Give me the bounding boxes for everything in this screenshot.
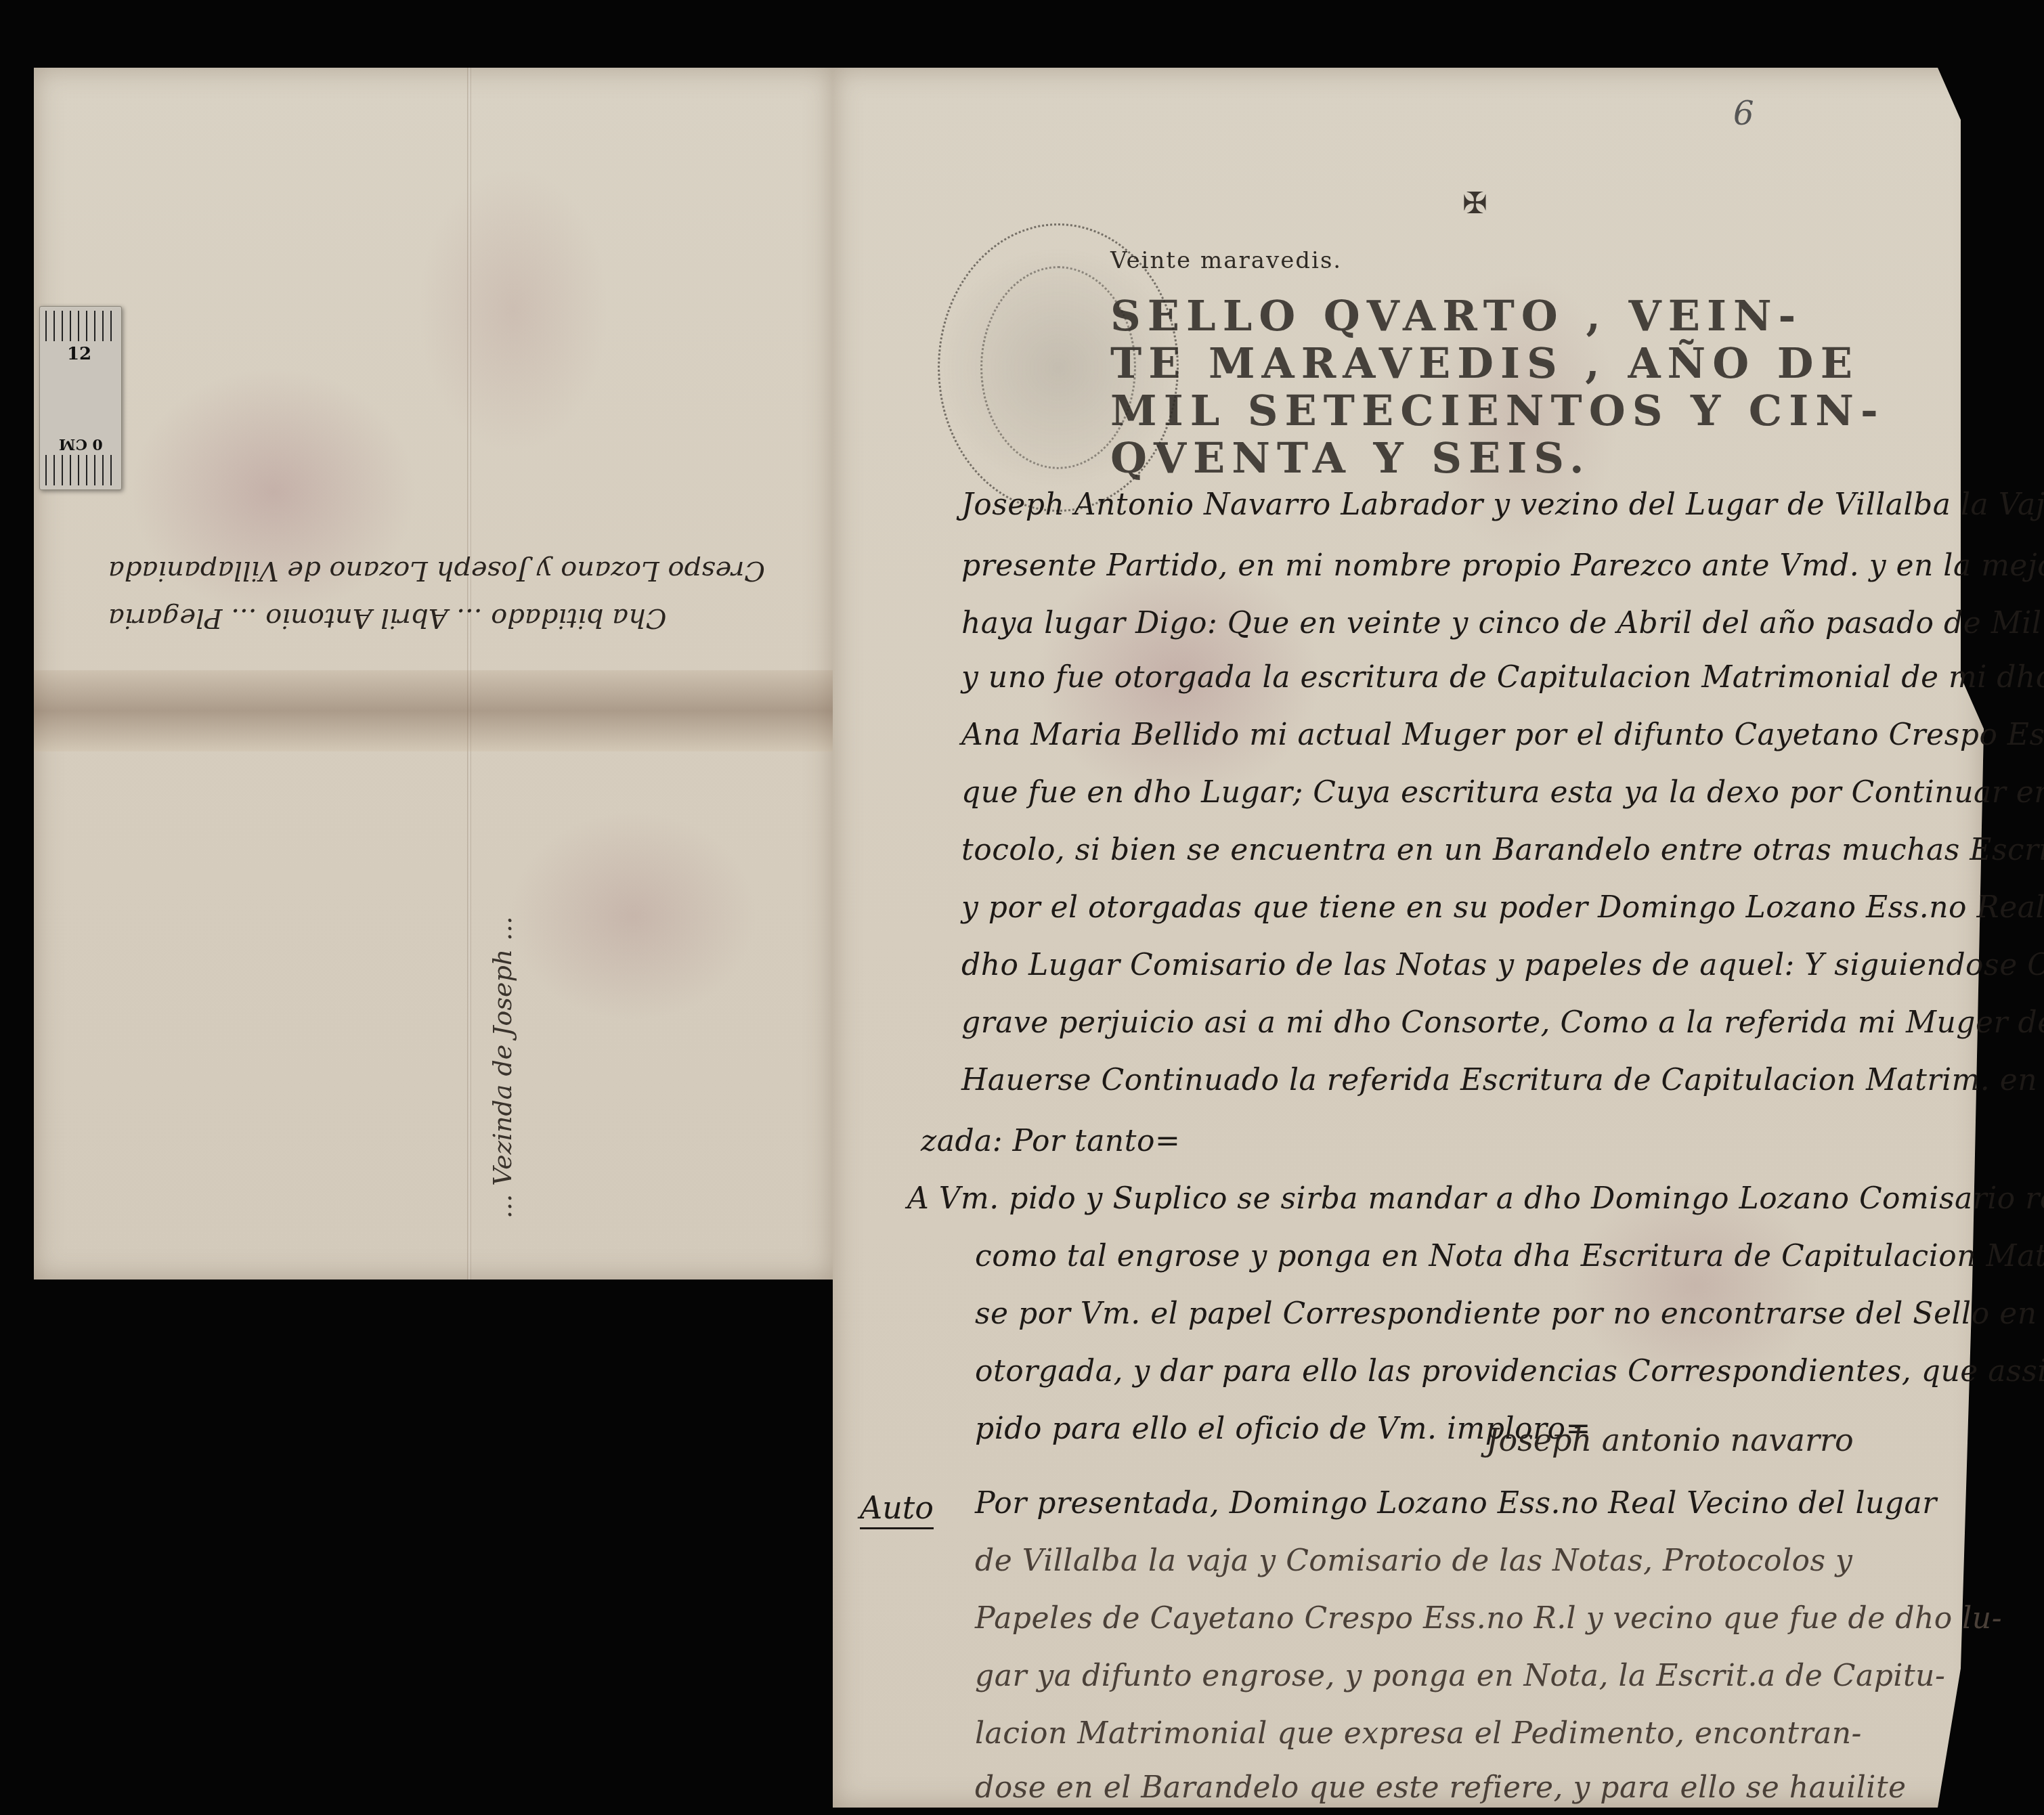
auto-line: Por presentada, Domingo Lozano Ess.no Re…	[975, 1486, 1937, 1521]
page-number: 6	[1733, 95, 1754, 133]
stamp-value-line: Veinte maravedis.	[1110, 247, 1342, 274]
body-line: Ana Maria Bellido mi actual Muger por el…	[961, 718, 2044, 752]
auto-line: gar ya difunto engrose, y ponga en Nota,…	[975, 1659, 1945, 1693]
ruler-ticks-top	[45, 311, 116, 341]
body-line: haya lugar Digo: Que en veinte y cinco d…	[961, 606, 2044, 640]
auto-line: Papeles de Cayetano Crespo Ess.no R.l y …	[975, 1601, 2002, 1636]
body-line: como tal engrose y ponga en Nota dha Esc…	[975, 1239, 2044, 1273]
body-line: Joseph Antonio Navarro Labrador y vezino…	[961, 487, 2044, 522]
body-line: zada: Por tanto=	[921, 1124, 1180, 1158]
ruler-label-0cm: 0 CM	[59, 435, 103, 453]
body-line: que fue en dho Lugar; Cuya escritura est…	[961, 775, 2044, 810]
flap-upside-down-line-2: Cha bitidado ... Abril Antonio ... Plega…	[108, 603, 666, 634]
body-line: tocolo, si bien se encuentra en un Baran…	[961, 833, 2044, 867]
body-line: Hauerse Continuado la referida Escritura…	[961, 1063, 2044, 1097]
left-folded-flap: Crespo Lozano y Joseph Lozano de Villapa…	[34, 68, 833, 1280]
body-line: dho Lugar Comisario de las Notas y papel…	[961, 948, 2044, 982]
horizontal-fold-crease	[34, 670, 833, 751]
stamp-line-4: QVENTA Y SEIS.	[1110, 433, 1591, 483]
stamp-line-1: SELLO QVARTO , VEIN-	[1110, 291, 1802, 341]
auto-line: lacion Matrimonial que expresa el Pedime…	[975, 1716, 1862, 1751]
body-line: otorgada, y dar para ello las providenci…	[975, 1354, 2044, 1388]
signature: Joseph antonio navarro	[1486, 1422, 1854, 1458]
auto-line: dose en el Barandelo que este refiere, y…	[975, 1770, 1907, 1805]
body-line: grave perjuicio asi a mi dho Consorte, C…	[961, 1005, 2044, 1040]
stamp-line-2: TE MARAVEDIS , AÑO DE	[1110, 338, 1859, 388]
body-line: A Vm. pido y Suplico se sirba mandar a d…	[907, 1181, 2044, 1216]
body-line: y uno fue otorgada la escritura de Capit…	[961, 660, 2044, 695]
ruler-label-12: 12	[67, 344, 91, 364]
body-line: y por el otorgadas que tiene en su poder…	[961, 890, 2044, 925]
flap-vertical-note: ... Vezinda de Joseph ...	[487, 916, 517, 1219]
ruler-ticks-bottom	[45, 455, 116, 485]
flap-upside-down-line-1: Crespo Lozano y Joseph Lozano de Villapa…	[108, 555, 765, 586]
measurement-ruler: 12 0 CM	[39, 306, 122, 490]
body-line: se por Vm. el papel Correspondiente por …	[975, 1296, 2044, 1331]
margin-label-auto: Auto	[860, 1489, 934, 1529]
auto-line: de Villalba la vaja y Comisario de las N…	[975, 1544, 1852, 1578]
body-line: presente Partido, en mi nombre propio Pa…	[961, 548, 2044, 583]
cross-icon: ✠	[1462, 186, 1487, 221]
stamp-line-3: MIL SETECIENTOS Y CIN-	[1110, 386, 1885, 435]
